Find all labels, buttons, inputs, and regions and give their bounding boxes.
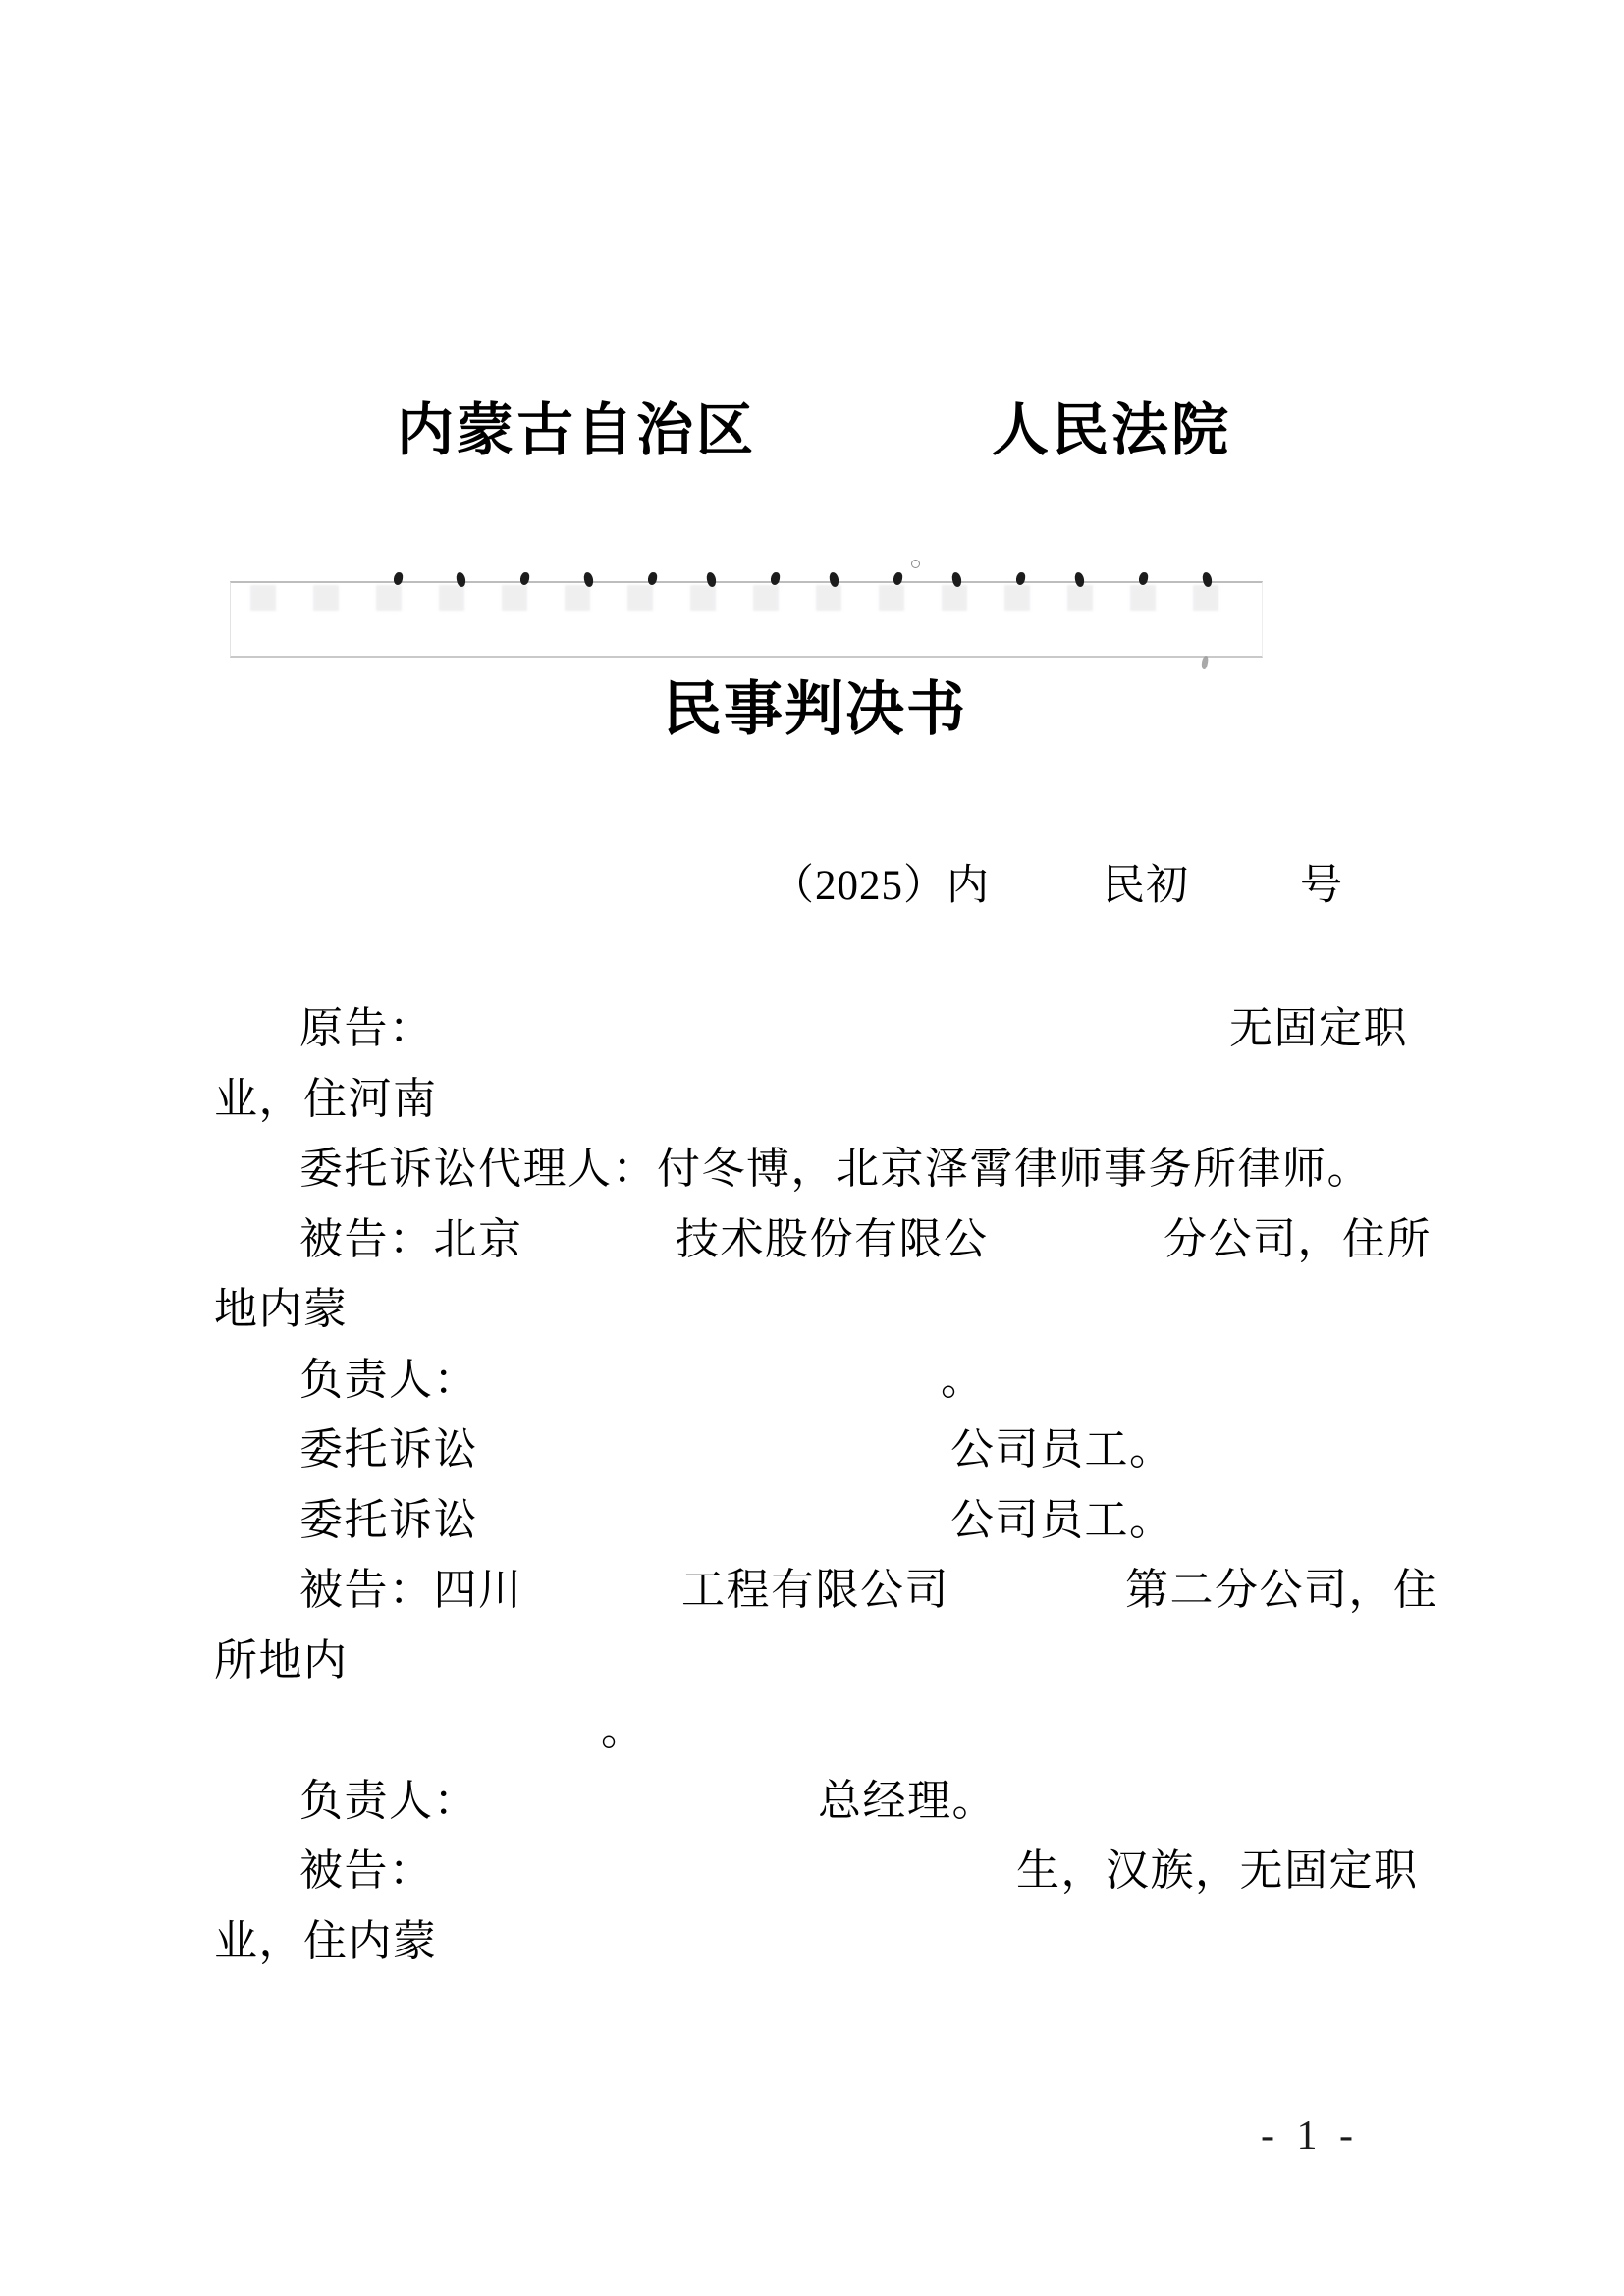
case-number-suffix: 号 — [1300, 852, 1343, 912]
plaintiff-label: 原告： — [299, 1001, 434, 1055]
body-text-segment: 。 — [601, 1703, 646, 1757]
case-number-middle: 民初 — [1103, 852, 1189, 912]
body-text-segment: 。 — [941, 1353, 986, 1407]
body-text-segment: 业，住河南 — [214, 1072, 438, 1126]
body-text-segment: 业，住内蒙 — [214, 1914, 438, 1968]
whiteout-smudge — [250, 585, 1222, 611]
diacritic-remnant-mark — [911, 560, 920, 568]
principal-label: 负责人： — [299, 1774, 478, 1828]
page-number: - 1 - — [1261, 2112, 1359, 2160]
redacted-script-banner — [230, 581, 1263, 658]
body-text-segment: 总经理。 — [818, 1774, 997, 1828]
defendant-label: 被告： — [299, 1843, 434, 1897]
judgment-document-page: 内蒙古自治区 人民法院 民事判决书 （2025）内 民初 号 原告： 无固定职 … — [0, 0, 1624, 2296]
body-text-segment: 地内蒙 — [214, 1282, 349, 1336]
court-region-title: 内蒙古自治区 — [397, 399, 756, 464]
court-name-suffix: 人民法院 — [992, 399, 1231, 464]
body-text-segment: 分公司，住所 — [1164, 1212, 1432, 1266]
attorney-line: 委托诉讼代理人：付冬博，北京泽霄律师事务所律师。 — [299, 1142, 1372, 1196]
case-number-prefix: （2025）内 — [772, 852, 990, 912]
body-text-segment: 无固定职 — [1229, 1001, 1408, 1055]
body-text-segment: 公司员工。 — [950, 1422, 1174, 1476]
body-text-segment: 第二分公司，住 — [1125, 1563, 1438, 1617]
document-title: 民事判决书 — [663, 677, 967, 742]
body-text-segment: 技术股份有限公 — [676, 1212, 989, 1266]
principal-label: 负责人： — [299, 1353, 478, 1407]
defendant-label: 被告：北京 — [299, 1212, 523, 1266]
defendant-label: 被告：四川 — [299, 1563, 523, 1617]
body-text-segment: 公司员工。 — [950, 1493, 1174, 1547]
body-text-segment: 生，汉族，无固定职 — [1016, 1843, 1419, 1897]
body-text-segment: 所地内 — [214, 1633, 349, 1687]
agent-label: 委托诉讼 — [299, 1493, 478, 1547]
body-text-segment: 工程有限公司 — [681, 1563, 949, 1617]
agent-label: 委托诉讼 — [299, 1422, 478, 1476]
